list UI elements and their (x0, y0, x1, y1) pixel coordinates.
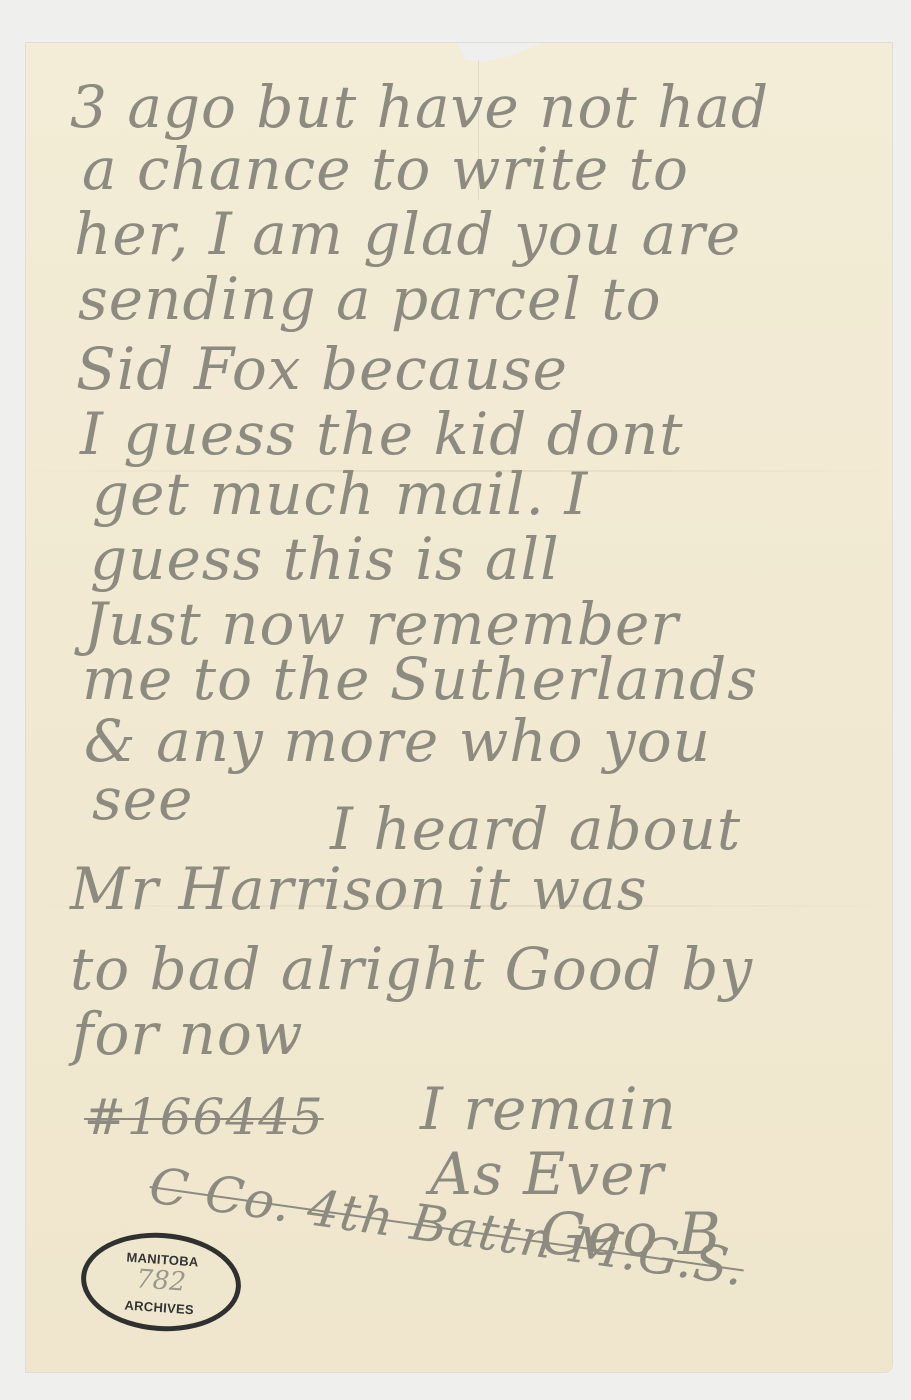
letter-line-3: her, I am glad you are (74, 205, 741, 263)
letter-line-5: Sid Fox because (76, 340, 568, 398)
signature: Geo B (540, 1205, 722, 1263)
letter-line-8: guess this is all (90, 530, 560, 588)
letter-line-1: 3 ago but have not had (70, 78, 769, 136)
letter-line-6: I guess the kid dont (80, 405, 684, 463)
regimental-number: #166445 (84, 1092, 324, 1142)
letter-line-15: to bad alright Good by (70, 940, 753, 998)
closing-as-ever: As Ever (430, 1145, 664, 1203)
closing-remain: I remain (420, 1080, 677, 1138)
letter-line-4: sending a parcel to (78, 270, 662, 328)
letter-line-12: see (92, 770, 193, 828)
letter-line-16: for now (72, 1005, 303, 1063)
letter-line-13: I heard about (330, 800, 741, 858)
letter-line-11: & any more who you (84, 712, 711, 770)
letter-line-7: get much mail. I (92, 465, 588, 523)
letter-line-10: me to the Sutherlands (82, 650, 758, 708)
letter-line-2: a chance to write to (82, 140, 689, 198)
letter-line-14: Mr Harrison it was (70, 860, 647, 918)
